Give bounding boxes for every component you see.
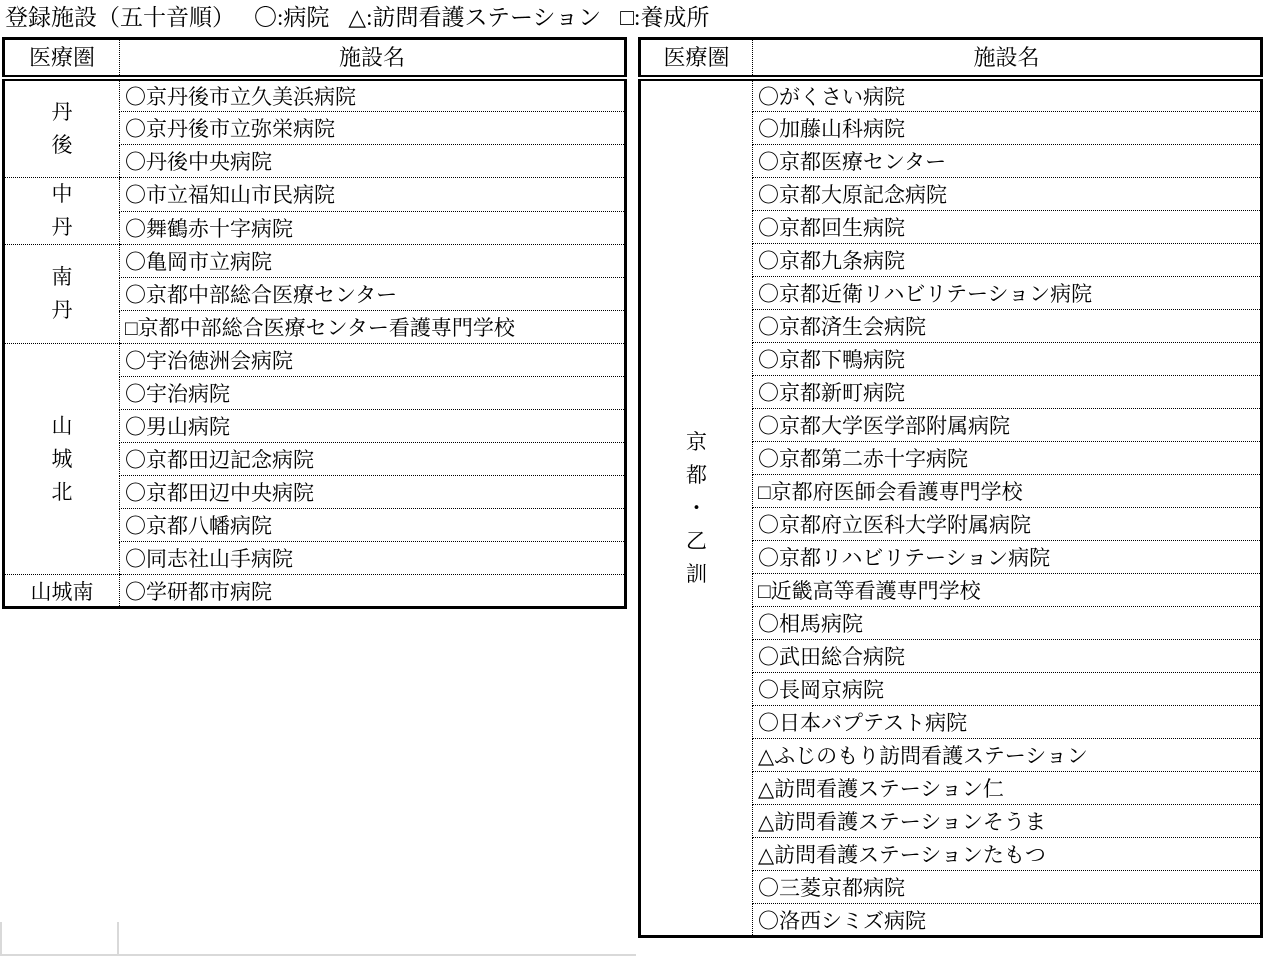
facility-cell: 〇同志社山手病院 <box>120 542 626 575</box>
facility-cell: 〇宇治病院 <box>120 377 626 410</box>
title-text: 登録施設（五十音順） <box>5 5 235 30</box>
facility-cell: 〇洛西シミズ病院 <box>753 904 1262 937</box>
legend-hospital: 〇:病院 <box>254 5 329 30</box>
facility-cell: △訪問看護ステーションたもつ <box>753 838 1262 871</box>
header-row: 医療圏 施設名 <box>640 39 1262 79</box>
table-row: 山城南〇学研都市病院 <box>4 575 626 608</box>
facility-cell: 〇京都大学医学部附属病院 <box>753 409 1262 442</box>
facility-cell: □京都府医師会看護専門学校 <box>753 475 1262 508</box>
facility-cell: 〇京丹後市立弥栄病院 <box>120 112 626 145</box>
region-cell: 京都・乙訓 <box>640 78 753 937</box>
header-row: 医療圏 施設名 <box>4 39 626 79</box>
facility-cell: 〇亀岡市立病院 <box>120 245 626 278</box>
facility-cell: 〇相馬病院 <box>753 607 1262 640</box>
facility-table-left: 医療圏 施設名 丹後〇京丹後市立久美浜病院〇京丹後市立弥栄病院〇丹後中央病院中丹… <box>2 37 627 609</box>
facility-cell: 〇武田総合病院 <box>753 640 1262 673</box>
region-cell: 中丹 <box>4 178 120 245</box>
facility-cell: 〇日本バプテスト病院 <box>753 706 1262 739</box>
facility-cell: 〇長岡京病院 <box>753 673 1262 706</box>
region-cell: 丹後 <box>4 78 120 178</box>
facility-table-right: 医療圏 施設名 京都・乙訓〇がくさい病院〇加藤山科病院〇京都医療センター〇京都大… <box>638 37 1263 938</box>
facility-cell: △訪問看護ステーション仁 <box>753 772 1262 805</box>
facility-cell: 〇京丹後市立久美浜病院 <box>120 78 626 112</box>
table-row: 丹後〇京丹後市立久美浜病院 <box>4 78 626 112</box>
facility-cell: 〇京都中部総合医療センター <box>120 278 626 311</box>
facility-cell: 〇京都府立医科大学附属病院 <box>753 508 1262 541</box>
facility-cell: △訪問看護ステーションそうま <box>753 805 1262 838</box>
table-row: 山城北〇宇治徳洲会病院 <box>4 344 626 377</box>
facility-cell: 〇京都八幡病院 <box>120 509 626 542</box>
facility-cell: 〇加藤山科病院 <box>753 112 1262 145</box>
region-cell: 山城北 <box>4 344 120 575</box>
page-title: 登録施設（五十音順）〇:病院△:訪問看護ステーション□:養成所 <box>5 1 709 34</box>
facility-cell: 〇京都医療センター <box>753 145 1262 178</box>
facility-cell: □京都中部総合医療センター看護専門学校 <box>120 311 626 344</box>
facility-cell: □近畿高等看護専門学校 <box>753 574 1262 607</box>
region-column-header: 医療圏 <box>640 39 753 79</box>
facility-cell: △ふじのもり訪問看護ステーション <box>753 739 1262 772</box>
facility-cell: 〇丹後中央病院 <box>120 145 626 178</box>
gridline-horizontal-bottom <box>0 954 636 956</box>
facility-cell: 〇京都田辺中央病院 <box>120 476 626 509</box>
facility-cell: 〇京都第二赤十字病院 <box>753 442 1262 475</box>
facility-cell: 〇三菱京都病院 <box>753 871 1262 904</box>
facility-cell: 〇学研都市病院 <box>120 575 626 608</box>
facility-column-header: 施設名 <box>753 39 1262 79</box>
region-cell: 南丹 <box>4 245 120 344</box>
table-body-left: 丹後〇京丹後市立久美浜病院〇京丹後市立弥栄病院〇丹後中央病院中丹〇市立福知山市民… <box>4 78 626 608</box>
table-row: 京都・乙訓〇がくさい病院 <box>640 78 1262 112</box>
facility-cell: 〇宇治徳洲会病院 <box>120 344 626 377</box>
facility-column-header: 施設名 <box>120 39 626 79</box>
facility-cell: 〇京都済生会病院 <box>753 310 1262 343</box>
facility-cell: 〇京都下鴨病院 <box>753 343 1262 376</box>
table-row: 南丹〇亀岡市立病院 <box>4 245 626 278</box>
region-cell: 山城南 <box>4 575 120 608</box>
facility-cell: 〇男山病院 <box>120 410 626 443</box>
region-column-header: 医療圏 <box>4 39 120 79</box>
facility-cell: 〇京都近衛リハビリテーション病院 <box>753 277 1262 310</box>
facility-cell: 〇市立福知山市民病院 <box>120 178 626 212</box>
table-row: 中丹〇市立福知山市民病院 <box>4 178 626 212</box>
facility-cell: 〇舞鶴赤十字病院 <box>120 211 626 245</box>
facility-cell: 〇京都回生病院 <box>753 211 1262 244</box>
facility-cell: 〇京都大原記念病院 <box>753 178 1262 211</box>
legend-training-school: □:養成所 <box>620 5 709 30</box>
facility-cell: 〇京都新町病院 <box>753 376 1262 409</box>
facility-cell: 〇京都田辺記念病院 <box>120 443 626 476</box>
gridline-vertical-left <box>0 922 2 956</box>
table-body-right: 京都・乙訓〇がくさい病院〇加藤山科病院〇京都医療センター〇京都大原記念病院〇京都… <box>640 78 1262 937</box>
facility-cell: 〇京都九条病院 <box>753 244 1262 277</box>
legend-visiting-nurse-station: △:訪問看護ステーション <box>348 5 601 30</box>
facility-cell: 〇京都リハビリテーション病院 <box>753 541 1262 574</box>
facility-cell: 〇がくさい病院 <box>753 78 1262 112</box>
gridline-vertical-mid <box>117 922 119 956</box>
